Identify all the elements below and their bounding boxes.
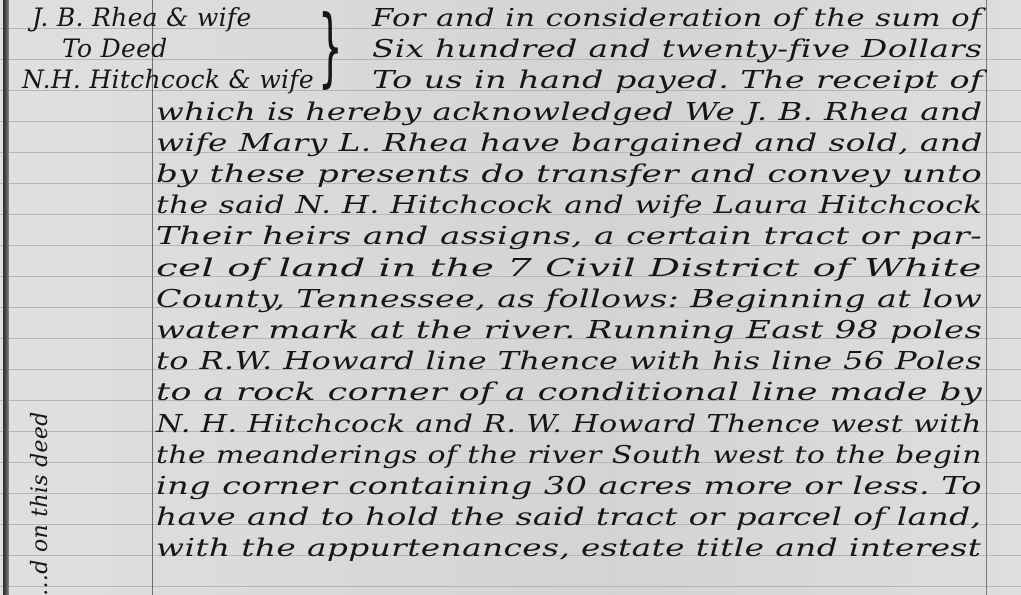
binding-edge xyxy=(3,0,9,595)
deed-body-line: County, Tennessee, as follows: Beginning… xyxy=(156,284,982,314)
deed-body-line: ing corner containing 30 acres more or l… xyxy=(156,471,982,501)
deed-body-line: the said N. H. Hitchcock and wife Laura … xyxy=(156,190,983,220)
deed-body-line: Their heirs and assigns, a certain tract… xyxy=(156,221,982,251)
margin-rule-right xyxy=(986,0,987,595)
deed-body-line: which is hereby acknowledged We J. B. Rh… xyxy=(156,97,982,127)
deed-body-line: have and to hold the said tract or parce… xyxy=(156,502,981,532)
deed-body-line: to a rock corner of a conditional line m… xyxy=(156,377,982,407)
deed-body-line: cel of land in the 7 Civil District of W… xyxy=(156,253,982,283)
curly-brace: } xyxy=(318,2,328,98)
deed-body-line: Six hundred and twenty-five Dollars xyxy=(372,34,982,64)
deed-body-line: water mark at the river. Running East 98… xyxy=(156,315,982,345)
deed-body-line: N. H. Hitchcock and R. W. Howard Thence … xyxy=(156,409,982,439)
deed-body-line: with the appurtenances, estate title and… xyxy=(156,533,981,563)
caption-grantor: J. B. Rhea & wife xyxy=(32,2,252,33)
deed-body-line: For and in consideration of the sum of xyxy=(372,3,982,33)
caption-instrument: To Deed xyxy=(62,33,167,64)
deed-body-line: To us in hand payed. The receipt of xyxy=(372,65,983,95)
deed-body-line: by these presents do transfer and convey… xyxy=(156,159,982,189)
deed-body-line: the meanderings of the river South west … xyxy=(156,440,982,470)
margin-note: …d on this deed xyxy=(28,411,53,595)
caption-grantee: N.H. Hitchcock & wife xyxy=(22,64,314,95)
deed-body-line: to R.W. Howard line Thence with his line… xyxy=(156,346,982,376)
ledger-page: J. B. Rhea & wife To Deed N.H. Hitchcock… xyxy=(0,0,1021,595)
deed-body-line: wife Mary L. Rhea have bargained and sol… xyxy=(156,128,983,158)
